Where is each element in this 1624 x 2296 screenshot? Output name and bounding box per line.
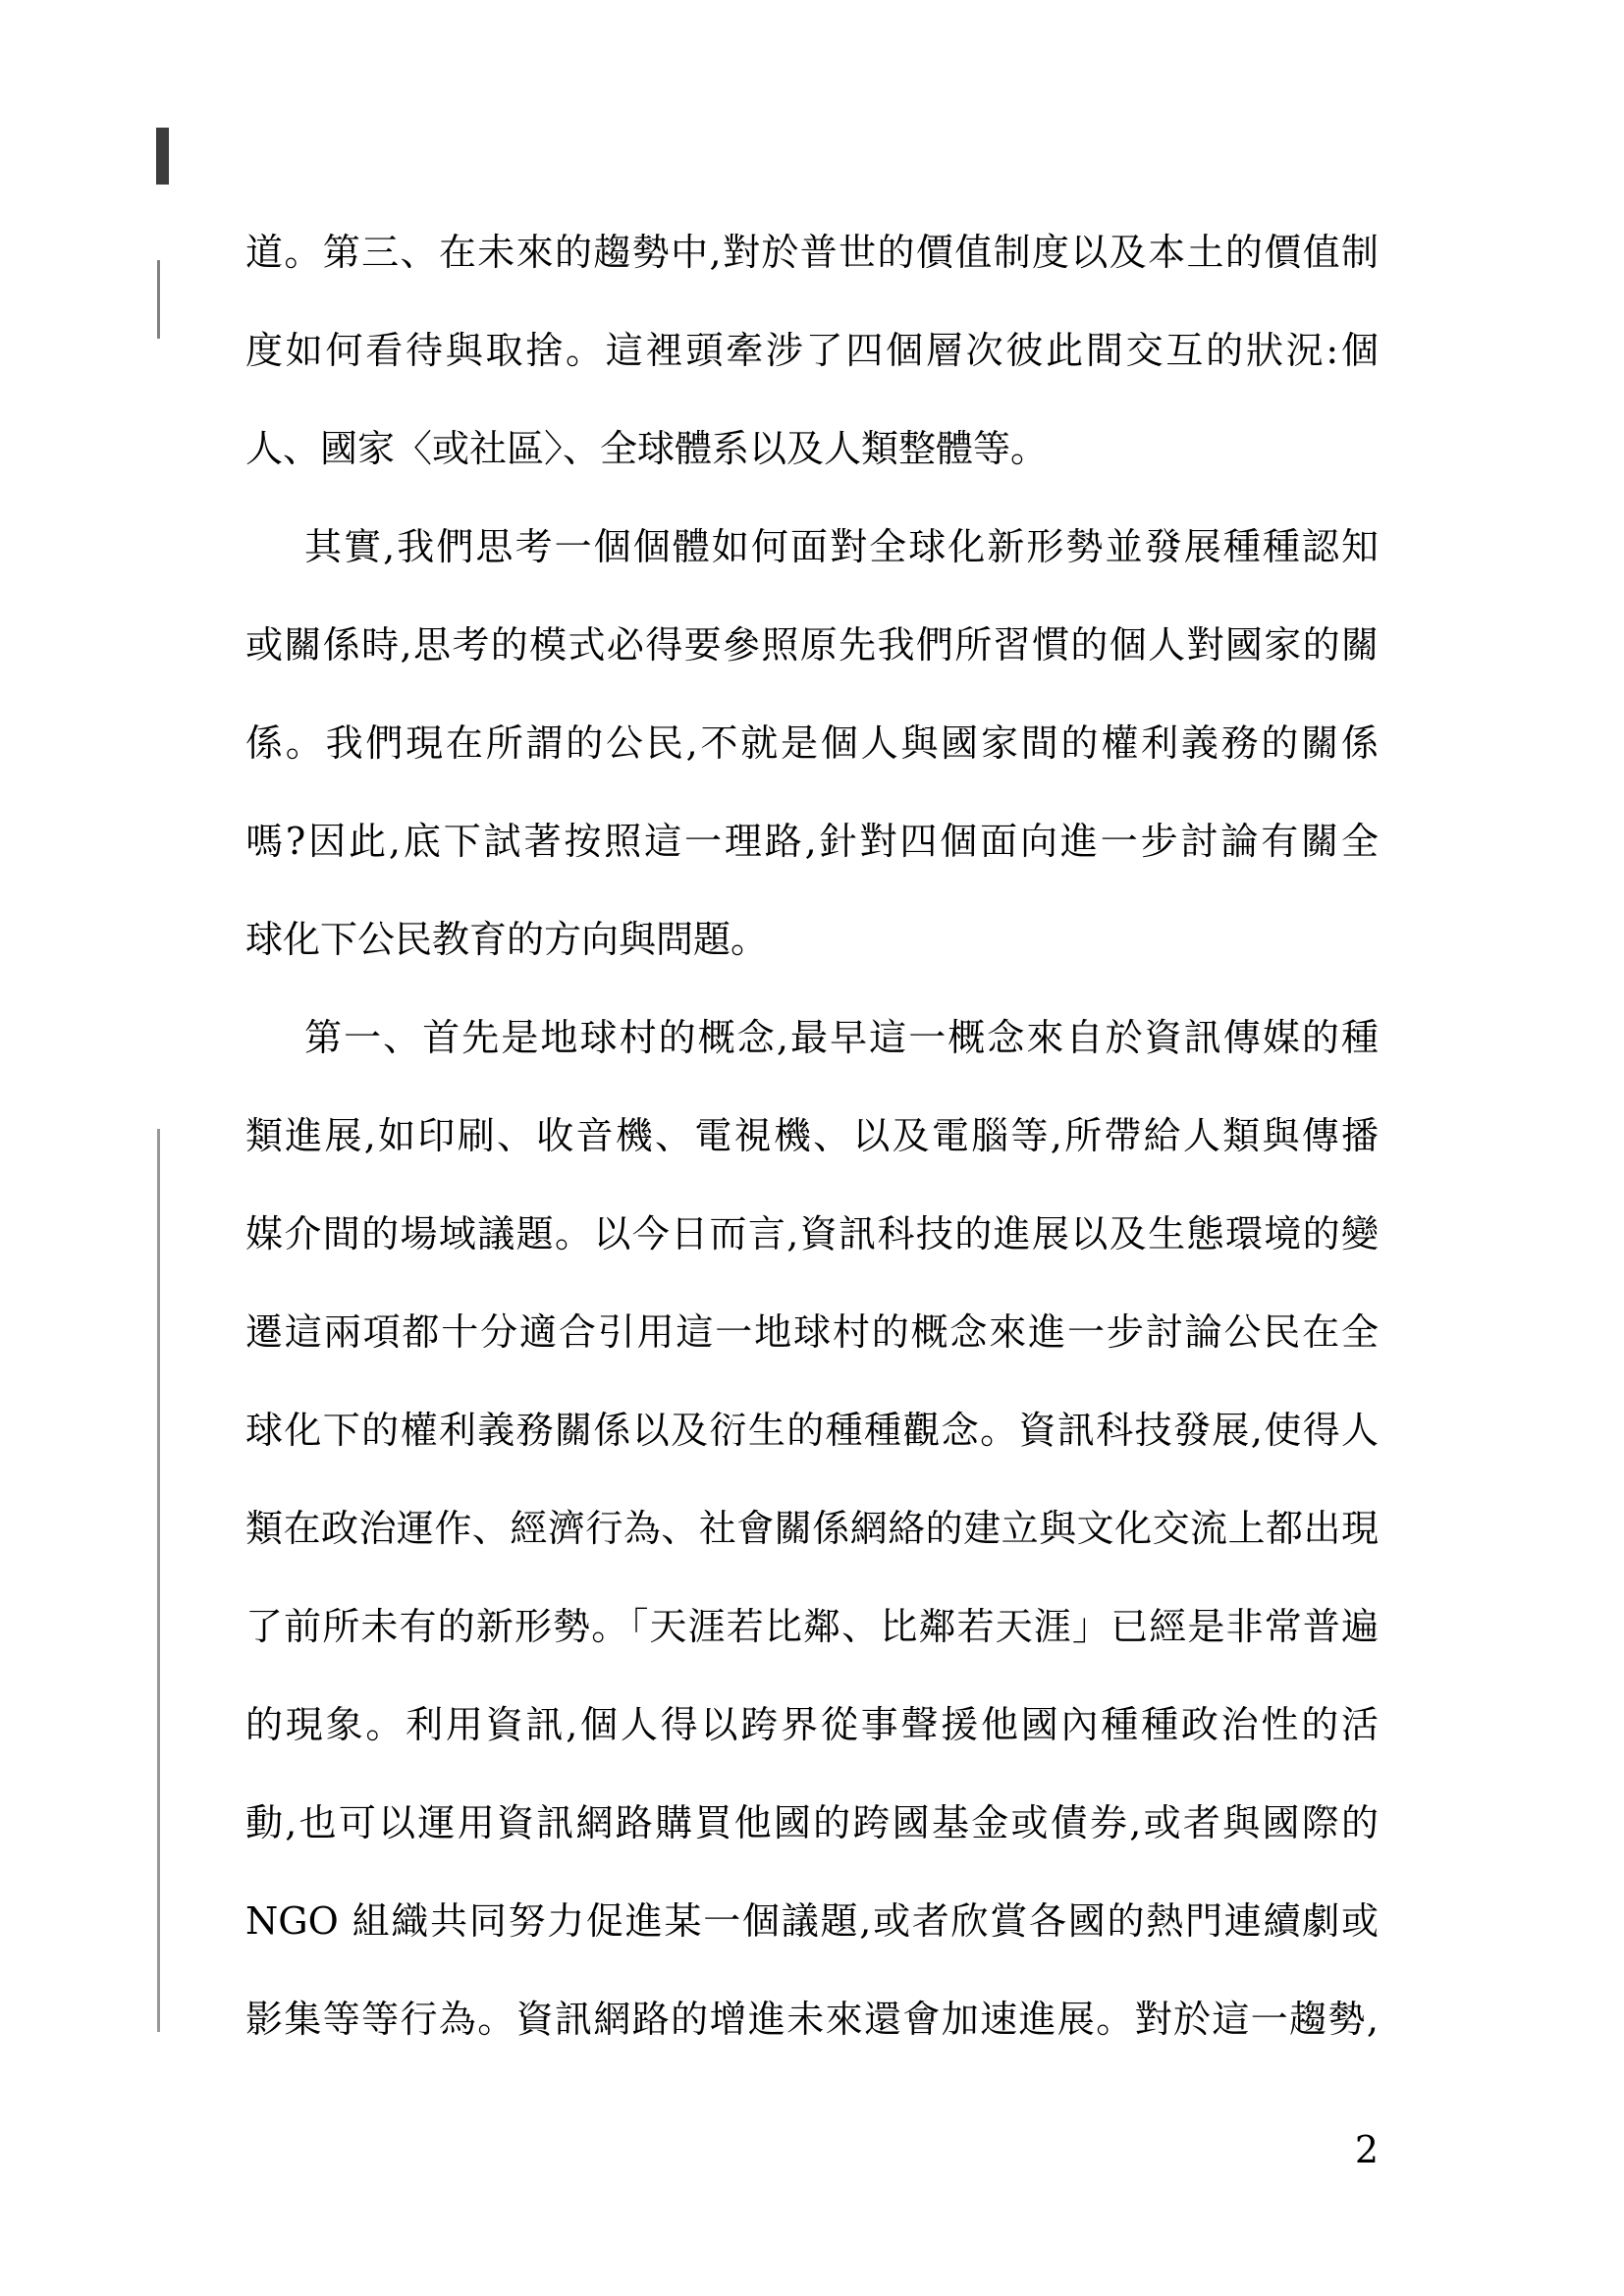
text-line: 球化下的權利義務關係以及衍生的種種觀念。資訊科技發展,使得人 xyxy=(245,1381,1379,1479)
text-line: 遷這兩項都十分適合引用這一地球村的概念來進一步討論公民在全 xyxy=(245,1283,1379,1381)
scan-artifact xyxy=(157,1129,160,2032)
document-page: 道。第三、在未來的趨勢中,對於普世的價值制度以及本土的價值制 度如何看待與取捨。… xyxy=(0,0,1624,2296)
text-line: 球化下公民教育的方向與問題。 xyxy=(245,890,1379,988)
text-line: 道。第三、在未來的趨勢中,對於普世的價值制度以及本土的價值制 xyxy=(245,203,1379,301)
text-line: 類在政治運作、經濟行為、社會關係網絡的建立與文化交流上都出現 xyxy=(245,1479,1379,1577)
text-line: 其實,我們思考一個個體如何面對全球化新形勢並發展種種認知 xyxy=(245,498,1379,596)
scan-artifact xyxy=(156,128,169,185)
text-line: 嗎?因此,底下試著按照這一理路,針對四個面向進一步討論有關全 xyxy=(245,792,1379,890)
text-line: 第一、首先是地球村的概念,最早這一概念來自於資訊傳媒的種 xyxy=(245,988,1379,1087)
text-line: 媒介間的場域議題。以今日而言,資訊科技的進展以及生態環境的變 xyxy=(245,1185,1379,1283)
page-number: 2 xyxy=(1355,2128,1379,2171)
text-line: 動,也可以運用資訊網路購買他國的跨國基金或債券,或者與國際的 xyxy=(245,1774,1379,1872)
text-line: 了前所未有的新形勢。「天涯若比鄰、比鄰若天涯」已經是非常普遍 xyxy=(245,1577,1379,1676)
document-body: 道。第三、在未來的趨勢中,對於普世的價值制度以及本土的價值制 度如何看待與取捨。… xyxy=(245,203,1379,2068)
text-line: 係。我們現在所謂的公民,不就是個人與國家間的權利義務的關係 xyxy=(245,694,1379,792)
text-line: 類進展,如印刷、收音機、電視機、以及電腦等,所帶給人類與傳播 xyxy=(245,1087,1379,1185)
text-line: 影集等等行為。資訊網路的增進未來還會加速進展。對於這一趨勢, xyxy=(245,1970,1379,2068)
text-line: NGO 組織共同努力促進某一個議題,或者欣賞各國的熱門連續劇或 xyxy=(245,1872,1379,1970)
text-line: 人、國家〈或社區〉、全球體系以及人類整體等。 xyxy=(245,400,1379,498)
text-line: 度如何看待與取捨。這裡頭牽涉了四個層次彼此間交互的狀況:個 xyxy=(245,301,1379,400)
scan-artifact xyxy=(157,260,160,339)
text-line: 的現象。利用資訊,個人得以跨界從事聲援他國內種種政治性的活 xyxy=(245,1676,1379,1774)
text-line: 或關係時,思考的模式必得要參照原先我們所習慣的個人對國家的關 xyxy=(245,596,1379,694)
